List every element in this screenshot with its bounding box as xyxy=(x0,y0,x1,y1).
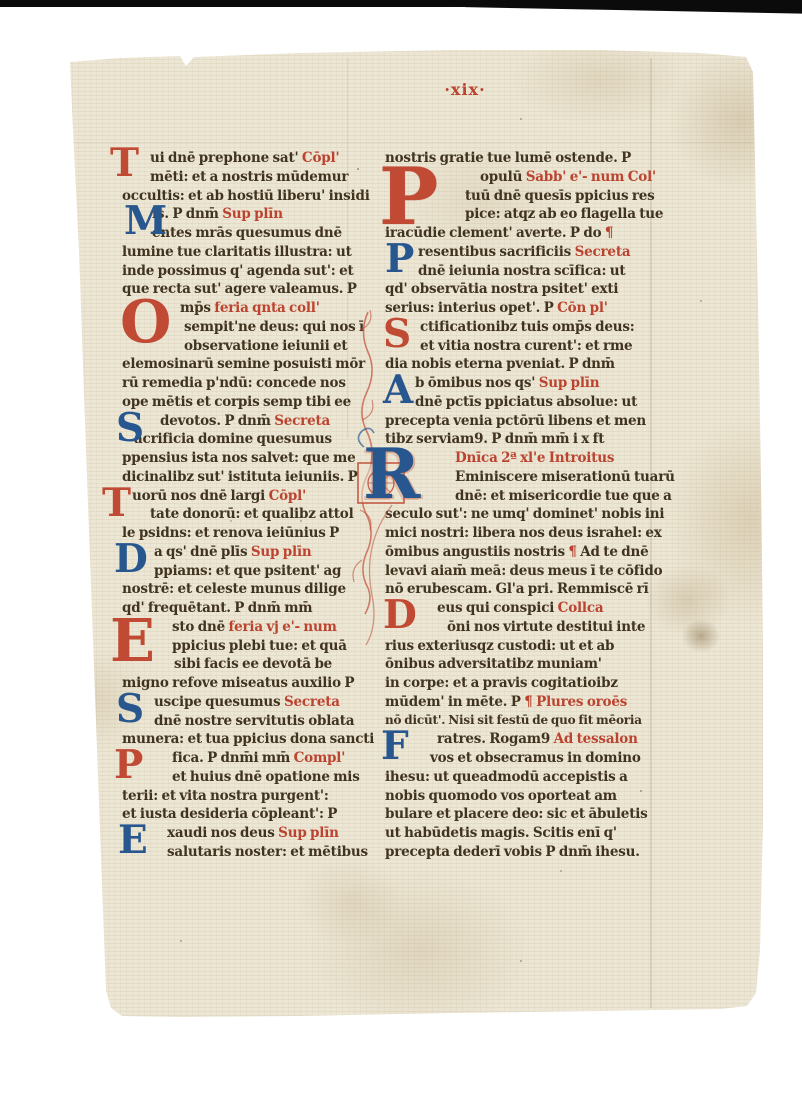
text-line: dnē: et misericordie tue que a xyxy=(455,488,672,507)
body-text: elemosinarū semine posuisti mōr xyxy=(122,356,365,372)
body-text: fica. P dnm̄i mm̄ xyxy=(172,750,294,766)
text-line: seculo sut': ne umq' dominet' nobis ini xyxy=(385,506,664,525)
text-line: ut habūdetis magis. Scitis enī q' xyxy=(385,825,617,844)
body-text: dnē ieiunia nostra scīfica: ut xyxy=(418,263,625,279)
body-text: Eminiscere miserationū tuarū xyxy=(455,469,675,485)
text-line: et vitia nostra curent': et rme xyxy=(420,338,632,357)
text-line: uscipe quesumus Secreta xyxy=(154,694,340,713)
text-line: ppiams: et que psitent' ag xyxy=(154,563,341,582)
text-line: dnē pctīs ppiciatus absolue: ut xyxy=(415,394,637,413)
body-text: opulū xyxy=(480,169,526,185)
body-text: dnē nostre servitutis oblata xyxy=(154,713,354,729)
text-line: ppensius ista nos salvet: que me xyxy=(122,450,356,469)
body-text: pice: atqz ab eo flagella tue xyxy=(465,206,663,222)
text-line: elemosinarū semine posuisti mōr xyxy=(122,356,365,375)
text-line: nostrē: et celeste munus dilige xyxy=(122,581,346,600)
body-text: nō dicūt'. Nisi sit festū de quo fit mēo… xyxy=(385,713,642,727)
text-column-right: nostris gratie tue lumē ostende. Populū … xyxy=(385,150,697,865)
illuminated-initial-p-blue: P xyxy=(385,244,414,276)
text-line: sto dnē feria vj e'- num xyxy=(172,619,337,638)
illuminated-initial-f-blue: F xyxy=(381,731,409,763)
body-text: inde possimus q' agenda sut': et xyxy=(122,263,354,279)
body-text: in corpe: et a pravis cogitatioibz xyxy=(385,675,618,691)
body-text: sempit'ne deus: qui nos ī xyxy=(184,319,364,335)
text-line: munera: et tua ppicius dona sancti xyxy=(122,731,374,750)
body-text: et iusta desideria cōpleant': P xyxy=(122,806,337,822)
rubric-text: Cōpl' xyxy=(302,150,339,166)
body-text: nobis quomodo vos oporteat am xyxy=(385,788,617,804)
text-line: ōni nos virtute destitui inte xyxy=(447,619,645,638)
body-text: observatione ieiunii et xyxy=(184,338,347,354)
body-text: ōmibus angustiis nostris xyxy=(385,544,568,560)
body-text: xaudi nos deus xyxy=(167,825,278,841)
rubric-text: Compl' xyxy=(294,750,346,766)
rubric-text: Secreta xyxy=(274,413,330,429)
body-text: et huius dnē opatione mis xyxy=(172,769,360,785)
body-text: migno refove miseatus auxilio P xyxy=(122,675,354,691)
rubric-text: ¶ xyxy=(605,225,613,241)
text-line: lumine tue claritatis illustra: ut xyxy=(122,244,352,263)
body-text: resentibus sacrificiis xyxy=(418,244,575,260)
body-text: terii: et vita nostra purgent': xyxy=(122,788,329,804)
illuminated-initial-e-blue: E xyxy=(118,825,148,857)
body-text: et vitia nostra curent': et rme xyxy=(420,338,632,354)
rubric-text: Cōn pl' xyxy=(557,300,608,316)
folio-number: ·xix· xyxy=(425,80,505,99)
body-text: nostrē: et celeste munus dilige xyxy=(122,581,346,597)
rubric-text: Collca xyxy=(558,600,604,616)
rubric-text: ¶ Plures oroēs xyxy=(524,694,627,710)
body-text: le psidns: et renova ieiūnius P xyxy=(122,525,339,541)
text-line: nobis quomodo vos oporteat am xyxy=(385,788,617,807)
body-text: a qs' dnē plīs xyxy=(154,544,251,560)
text-line: ōmibus angustiis nostris ¶ Ad te dnē xyxy=(385,544,648,563)
text-line: tuū dnē quesīs ppicius res xyxy=(465,188,655,207)
body-text: eus qui conspici xyxy=(437,600,558,616)
text-line: ctificationibz tuis omp̄s deus: xyxy=(420,319,635,338)
body-text: acrificia domine quesumus xyxy=(134,431,332,447)
illuminated-initial-d-red: D xyxy=(383,600,417,632)
body-text: ut habūdetis magis. Scitis enī q' xyxy=(385,825,617,841)
text-line: levavi aiam̄ meā: deus meus ī te cōfido xyxy=(385,563,662,582)
text-line: migno refove miseatus auxilio P xyxy=(122,675,354,694)
body-text: sto dnē xyxy=(172,619,228,635)
text-line: observatione ieiunii et xyxy=(184,338,347,357)
text-line: tate donorū: et qualibz attol xyxy=(150,506,354,525)
illuminated-initial-d-blue: D xyxy=(114,544,148,576)
rubric-text: feria qnta coll' xyxy=(214,300,319,316)
text-line: eus qui conspici Collca xyxy=(437,600,603,619)
rubric-text: Dnīca 2ª xl'e Introitus xyxy=(455,450,614,466)
body-text: dia nobis eterna pveniat. P dnm̄ xyxy=(385,356,615,372)
body-text: precepta venia pctōrū libens et men xyxy=(385,413,646,429)
text-line: is. P dnm̄ Sup plīn xyxy=(152,206,283,225)
body-text: devotos. P dnm̄ xyxy=(160,413,274,429)
body-text: tuū dnē quesīs ppicius res xyxy=(465,188,655,204)
body-text: ctificationibz tuis omp̄s deus: xyxy=(420,319,635,335)
body-text: ppicius plebi tue: et quā xyxy=(172,638,347,654)
rubric-text: feria vj e'- num xyxy=(228,619,336,635)
text-line: qd' observātia nostra psitet' exti xyxy=(385,281,618,300)
text-line: ihesu: ut queadmodū accepistis a xyxy=(385,769,628,788)
text-line: ope mētis et corpis semp tibi ee xyxy=(122,394,351,413)
body-text: rius exteriusqz custodi: ut et ab xyxy=(385,638,614,654)
illuminated-initial-t-red: T xyxy=(110,148,139,180)
text-line: le psidns: et renova ieiūnius P xyxy=(122,525,339,544)
text-line: rius exteriusqz custodi: ut et ab xyxy=(385,638,614,657)
text-line: ōnibus adversitatibz muniam' xyxy=(385,656,602,675)
body-text: bulare et placere deo: sic et ābuletis xyxy=(385,806,648,822)
body-text: rū remedia p'ndū: concede nos xyxy=(122,375,346,391)
text-line: nō dicūt'. Nisi sit festū de quo fit mēo… xyxy=(385,713,642,732)
rubric-text: Sabb' e'- num Col' xyxy=(526,169,656,185)
body-text: ui dnē prephone sat' xyxy=(150,150,302,166)
text-line: precepta venia pctōrū libens et men xyxy=(385,413,646,432)
illuminated-initial-a-blue: A xyxy=(383,375,413,407)
manuscript-leaf: ·xix· ui dnē prephone sat' Cōpl'mēti: et… xyxy=(0,0,802,1100)
text-line: pice: atqz ab eo flagella tue xyxy=(465,206,663,225)
body-text: Ad te dnē xyxy=(580,544,648,560)
text-line: et huius dnē opatione mis xyxy=(172,769,360,788)
text-line: ppicius plebi tue: et quā xyxy=(172,638,347,657)
body-text: seculo sut': ne umq' dominet' nobis ini xyxy=(385,506,664,522)
body-text: entes mrās quesumus dnē xyxy=(152,225,342,241)
text-line: Eminiscere miserationū tuarū xyxy=(455,469,675,488)
text-line: nō erubescam. Gl'a pri. Remmiscē rī xyxy=(385,581,649,600)
text-line: a qs' dnē plīs Sup plīn xyxy=(154,544,312,563)
body-text: dnē: et misericordie tue que a xyxy=(455,488,672,504)
illuminated-initial-e-red: E xyxy=(110,617,155,665)
body-text: mēti: et a nostris mūdemur xyxy=(150,169,348,185)
text-line: ui dnē prephone sat' Cōpl' xyxy=(150,150,339,169)
body-text: dicinalibz sut' istituta ieiuniis. P xyxy=(122,469,358,485)
text-line: b ōmibus nos qs' Sup plīn xyxy=(415,375,599,394)
text-line: vos et obsecramus in domino xyxy=(430,750,641,769)
body-text: qd' observātia nostra psitet' exti xyxy=(385,281,618,297)
illuminated-initial-s-blue: S xyxy=(116,694,144,726)
illuminated-initial-s-red: S xyxy=(383,319,411,351)
text-line: precepta dederī vobis P dnm̄ ihesu. xyxy=(385,844,640,863)
body-text: ōni nos virtute destitui inte xyxy=(447,619,645,635)
text-line: sibi facis ee devotā be xyxy=(174,656,332,675)
text-line: salutaris noster: et mētibus xyxy=(167,844,368,863)
body-text: precepta dederī vobis P dnm̄ ihesu. xyxy=(385,844,640,860)
text-line: xaudi nos deus Sup plīn xyxy=(167,825,339,844)
rubric-text: Secreta xyxy=(284,694,340,710)
rubric-text: Ad tessalon xyxy=(554,731,638,747)
body-text: ppensius ista nos salvet: que me xyxy=(122,450,356,466)
illuminated-initial-s-blue: S xyxy=(116,413,144,445)
body-text: lumine tue claritatis illustra: ut xyxy=(122,244,352,260)
body-text: uscipe quesumus xyxy=(154,694,284,710)
text-line: devotos. P dnm̄ Secreta xyxy=(160,413,330,432)
text-line: dnē nostre servitutis oblata xyxy=(154,713,354,732)
text-line: acrificia domine quesumus xyxy=(134,431,332,450)
body-text: sibi facis ee devotā be xyxy=(174,656,332,672)
illuminated-initial-p-red: P xyxy=(379,165,438,230)
text-line: mūdem' in mēte. P ¶ Plures oroēs xyxy=(385,694,627,713)
illuminated-initial-m-blue: M xyxy=(124,206,167,238)
illuminated-initial-r-blue: R xyxy=(363,447,420,504)
text-line: in corpe: et a pravis cogitatioibz xyxy=(385,675,618,694)
text-line: sempit'ne deus: qui nos ī xyxy=(184,319,364,338)
body-text: salutaris noster: et mētibus xyxy=(167,844,368,860)
text-line: serius: interius opet'. P Cōn pl' xyxy=(385,300,608,319)
rubric-text: Cōpl' xyxy=(269,488,306,504)
body-text: b ōmibus nos qs' xyxy=(415,375,539,391)
body-text: vos et obsecramus in domino xyxy=(430,750,641,766)
text-line: mēti: et a nostris mūdemur xyxy=(150,169,348,188)
horizontal-crease xyxy=(72,142,758,143)
text-line: dia nobis eterna pveniat. P dnm̄ xyxy=(385,356,615,375)
body-text: munera: et tua ppicius dona sancti xyxy=(122,731,374,747)
text-line: et iusta desideria cōpleant': P xyxy=(122,806,337,825)
text-line: uorū nos dnē largi Cōpl' xyxy=(132,488,306,507)
body-text: mūdem' in mēte. P xyxy=(385,694,524,710)
text-line: entes mrās quesumus dnē xyxy=(152,225,342,244)
rubric-text: Sup plīn xyxy=(222,206,283,222)
rubric-text: ¶ xyxy=(568,544,580,560)
text-line: dicinalibz sut' istituta ieiuniis. P xyxy=(122,469,358,488)
illuminated-initial-t-red: T xyxy=(102,488,131,520)
text-line: dnē ieiunia nostra scīfica: ut xyxy=(418,263,625,282)
text-line: bulare et placere deo: sic et ābuletis xyxy=(385,806,648,825)
body-text: nō erubescam. Gl'a pri. Remmiscē rī xyxy=(385,581,649,597)
rubric-text: Sup plīn xyxy=(278,825,339,841)
text-line: resentibus sacrificiis Secreta xyxy=(418,244,630,263)
text-line: fica. P dnm̄i mm̄ Compl' xyxy=(172,750,345,769)
text-line: inde possimus q' agenda sut': et xyxy=(122,263,354,282)
text-line: mici nostri: libera nos deus israhel: ex xyxy=(385,525,662,544)
body-text: dnē pctīs ppiciatus absolue: ut xyxy=(415,394,637,410)
text-line: Dnīca 2ª xl'e Introitus xyxy=(455,450,614,469)
illuminated-initial-o-red: O xyxy=(120,298,171,346)
body-text: ratres. Rogam9 xyxy=(437,731,554,747)
body-text: ppiams: et que psitent' ag xyxy=(154,563,341,579)
rubric-text: Sup plīn xyxy=(251,544,312,560)
rubric-text: Secreta xyxy=(575,244,631,260)
body-text: ōnibus adversitatibz muniam' xyxy=(385,656,602,672)
text-line: terii: et vita nostra purgent': xyxy=(122,788,329,807)
body-text: mici nostri: libera nos deus israhel: ex xyxy=(385,525,662,541)
body-text: levavi aiam̄ meā: deus meus ī te cōfido xyxy=(385,563,662,579)
illuminated-initial-p-red: P xyxy=(114,750,143,782)
text-line: mp̄s feria qnta coll' xyxy=(180,300,320,319)
text-line: rū remedia p'ndū: concede nos xyxy=(122,375,346,394)
text-line: ratres. Rogam9 Ad tessalon xyxy=(437,731,638,750)
text-line: opulū Sabb' e'- num Col' xyxy=(480,169,656,188)
body-text: tate donorū: et qualibz attol xyxy=(150,506,354,522)
body-text: ope mētis et corpis semp tibi ee xyxy=(122,394,351,410)
rubric-text: Sup plīn xyxy=(539,375,600,391)
text-column-left: ui dnē prephone sat' Cōpl'mēti: et a nos… xyxy=(122,150,378,865)
body-text: uorū nos dnē largi xyxy=(132,488,269,504)
body-text: ihesu: ut queadmodū accepistis a xyxy=(385,769,628,785)
body-text: mp̄s xyxy=(180,300,214,316)
